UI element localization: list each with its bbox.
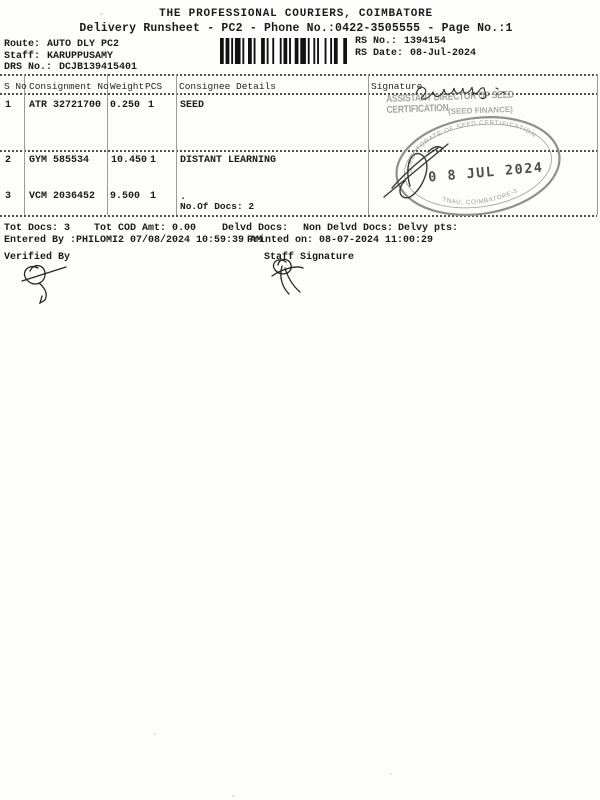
- row2-pcs: 1: [150, 155, 156, 166]
- entered-by: Entered By :PHILOMI2 07/08/2024 10:59:39…: [4, 235, 262, 246]
- col-header-consignment: Consignment No: [29, 81, 109, 92]
- row3-consignment: VCM 2036452: [29, 191, 95, 202]
- tot-cod-label: Tot COD Amt:: [94, 223, 166, 234]
- tot-docs-label: Tot Docs:: [4, 223, 58, 234]
- row3-sno: 3: [5, 191, 11, 202]
- column-line-weight: [107, 74, 108, 215]
- delvy-pts-label: Delvy pts:: [398, 223, 458, 234]
- column-line-signature: [368, 74, 369, 215]
- rs-no-value: 1394154: [404, 36, 446, 47]
- scan-artifact: [100, 13, 103, 15]
- printed-on: Printed on: 08-07-2024 11:00:29: [247, 235, 433, 246]
- staff-field: Staff:KARUPPUSAMY: [4, 51, 113, 62]
- column-line-sno: [24, 74, 25, 215]
- row2-consignment: GYM 585534: [29, 155, 89, 166]
- col-header-weight: Weight: [110, 81, 144, 92]
- company-title: THE PROFESSIONAL COURIERS, COIMBATORE: [159, 8, 433, 20]
- staff-signature-scribble: [258, 254, 318, 304]
- scan-artifact: [154, 733, 156, 735]
- col-header-consignee: Consignee Details: [179, 81, 276, 92]
- rs-date-field: RS Date:08-Jul-2024: [355, 48, 476, 59]
- staff-value: KARUPPUSAMY: [47, 51, 113, 62]
- separator-top: [0, 74, 597, 76]
- row1-sno: 1: [5, 100, 11, 111]
- row2-sno: 2: [5, 155, 11, 166]
- col-header-sno: S No: [4, 81, 27, 92]
- barcode: [220, 38, 347, 64]
- scan-artifact: [390, 773, 392, 775]
- row2-weight: 10.450: [111, 155, 147, 166]
- route-label: Route:: [4, 39, 40, 50]
- row1-consignment: ATR 32721700: [29, 100, 101, 111]
- row2-consignee: DISTANT LEARNING: [180, 155, 276, 166]
- scan-artifact: [109, 22, 111, 24]
- rs-date-value: 08-Jul-2024: [410, 48, 476, 59]
- col-header-pcs: PCS: [145, 81, 162, 92]
- rs-no-field: RS No.:1394154: [355, 36, 446, 47]
- row1-consignee: SEED: [180, 100, 204, 111]
- rs-no-label: RS No.:: [355, 36, 397, 47]
- delvd-docs-label: Delvd Docs:: [222, 223, 288, 234]
- tot-cod-value: 0.00: [172, 223, 196, 234]
- route-value: AUTO DLY PC2: [47, 39, 119, 50]
- drs-value: DCJB139415401: [59, 62, 137, 73]
- drs-label: DRS No.:: [4, 62, 52, 73]
- consignee-signature-scribble: [412, 80, 512, 102]
- row3-pcs: 1: [150, 191, 156, 202]
- runsheet-document: THE PROFESSIONAL COURIERS, COIMBATORE De…: [0, 0, 600, 800]
- docs-note: No.Of Docs: 2: [180, 201, 254, 212]
- verified-by-signature-scribble: [14, 258, 74, 304]
- tot-docs-value: 3: [64, 223, 70, 234]
- drs-field: DRS No.:DCJB139415401: [4, 62, 137, 73]
- row1-pcs: 1: [148, 100, 154, 111]
- column-line-consignee: [176, 74, 177, 215]
- runsheet-subtitle: Delivery Runsheet - PC2 - Phone No.:0422…: [79, 22, 512, 35]
- staff-label: Staff:: [4, 51, 40, 62]
- stamp-date-text: 0 8 JUL 2024: [428, 160, 545, 186]
- rs-date-label: RS Date:: [355, 48, 403, 59]
- route-field: Route:AUTO DLY PC2: [4, 39, 119, 50]
- row1-weight: 0.250: [110, 100, 140, 111]
- scan-artifact: [232, 795, 235, 797]
- non-delvd-label: Non Delvd Docs:: [303, 223, 393, 234]
- row3-weight: 9.500: [110, 191, 140, 202]
